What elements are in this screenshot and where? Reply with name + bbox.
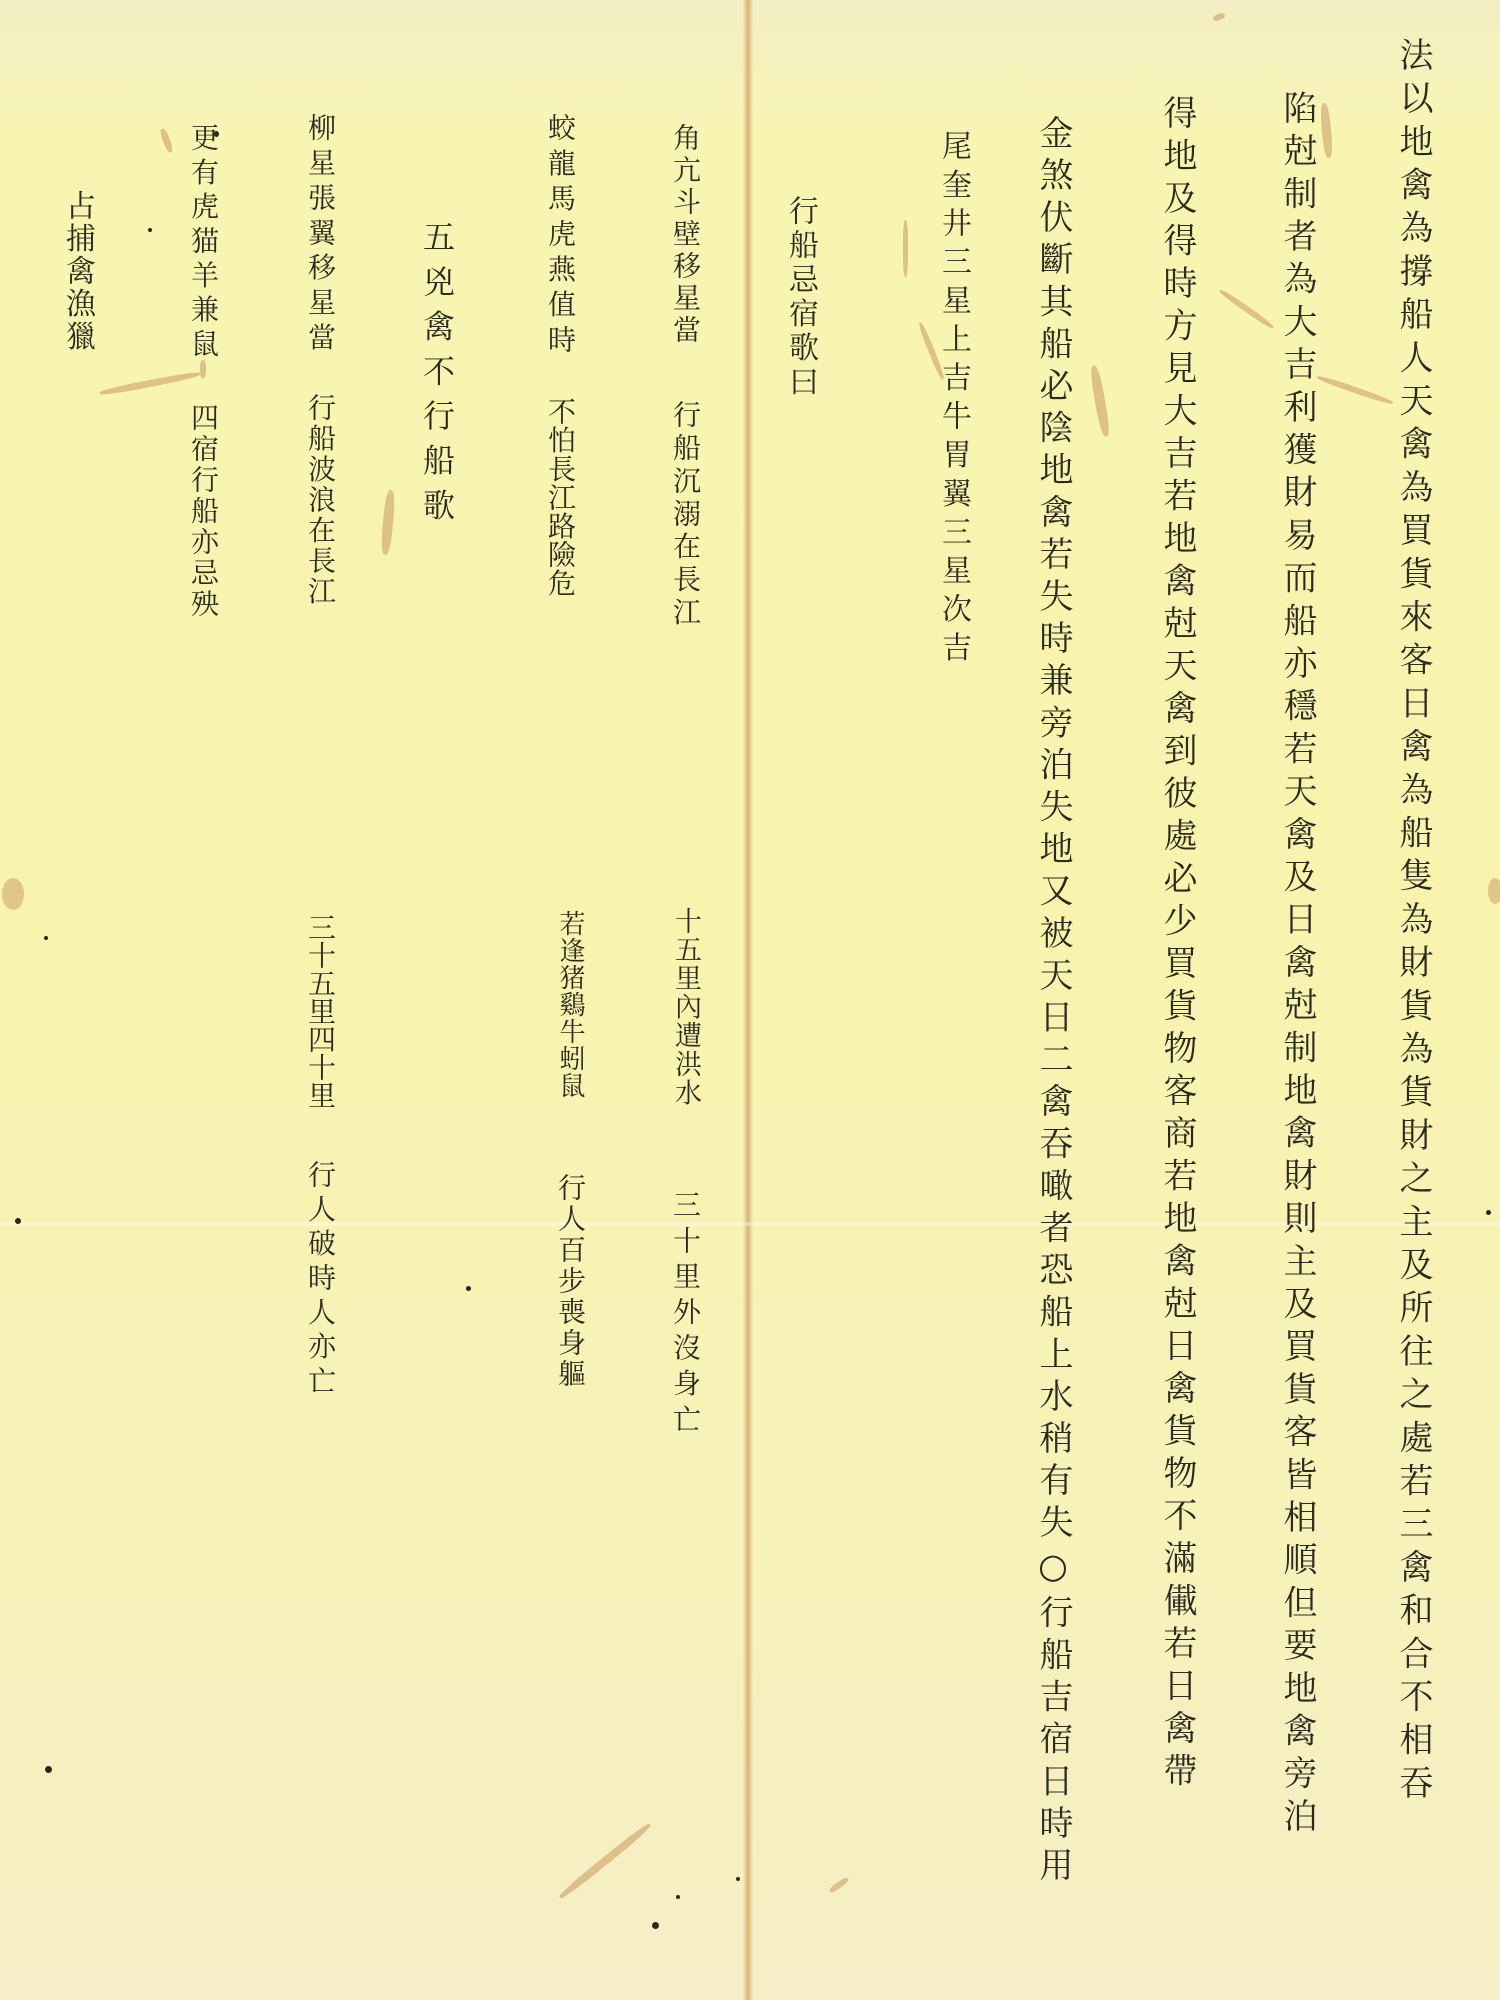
ink-speck xyxy=(15,1218,21,1224)
song-line: 行人百步喪身軀 xyxy=(556,1173,584,1390)
next-section-heading: 占捕禽漁獵 xyxy=(62,190,92,353)
text-column-4: 金煞伏斷其船必陰地禽若失時兼旁泊失地又被天日二禽吞噉者恐船上水稍有失○行船吉宿日… xyxy=(1036,115,1070,1889)
ink-speck xyxy=(1486,1210,1491,1215)
auspicious-stars-line: 尾奎井三星上吉牛胃翼三星次吉 xyxy=(938,130,968,670)
text-column-2: 陷尅制者為大吉利獲財易而船亦穩若天禽及日禽尅制地禽財則主及買貨客皆相順但要地禽旁… xyxy=(1280,90,1314,1841)
stain xyxy=(200,360,206,378)
song-line: 若逢猪鷄牛蚓鼠 xyxy=(557,910,583,1099)
ink-speck xyxy=(652,1922,659,1929)
horizontal-crease xyxy=(0,1222,1500,1226)
song-line: 更有虎猫羊兼鼠 xyxy=(189,123,217,363)
text-column-1: 法以地禽為撐船人天禽為買貨來客日禽為船隻為財貨為貨財之主及所往之處若三禽和合不相… xyxy=(1396,37,1430,1808)
song-line: 角亢斗壁移星當 xyxy=(671,123,699,347)
song-line: 蛟龍馬虎燕值時 xyxy=(546,113,574,360)
ink-speck xyxy=(214,131,219,137)
right-page xyxy=(754,0,1500,2000)
song-heading: 行船忌宿歌曰 xyxy=(785,195,815,400)
song-line: 不怕長江路險危 xyxy=(546,397,574,597)
song-line: 行船沉溺在長江 xyxy=(671,400,699,630)
text-column-3: 得地及得時方見大吉若地禽尅天禽到彼處必少買貨物客商若地禽尅日禽貨物不滿儎若日禽帶 xyxy=(1160,95,1194,1795)
song-line: 十五里內遭洪水 xyxy=(672,907,699,1107)
stain xyxy=(903,220,908,277)
song-line: 行人破時人亦亡 xyxy=(306,1160,334,1400)
ink-speck xyxy=(466,1286,471,1291)
edge-stain xyxy=(1488,878,1500,904)
song-line: 行船波浪在長江 xyxy=(306,393,334,607)
left-page xyxy=(0,0,746,2000)
ink-speck xyxy=(44,936,48,940)
song-line: 三十里外沒身亡 xyxy=(671,1190,699,1440)
ink-speck xyxy=(676,1895,680,1899)
ink-speck xyxy=(148,228,152,232)
song-line: 三十五里四十里 xyxy=(306,913,334,1109)
ink-speck xyxy=(45,1766,52,1773)
song-line: 四宿行船亦忌殃 xyxy=(189,403,217,620)
ink-speck xyxy=(736,1877,740,1881)
edge-stain xyxy=(2,878,24,910)
song2-heading: 五兇禽不行船歌 xyxy=(421,220,453,533)
song-line: 柳星張翼移星當 xyxy=(306,113,334,357)
binding-fold xyxy=(743,0,753,2000)
